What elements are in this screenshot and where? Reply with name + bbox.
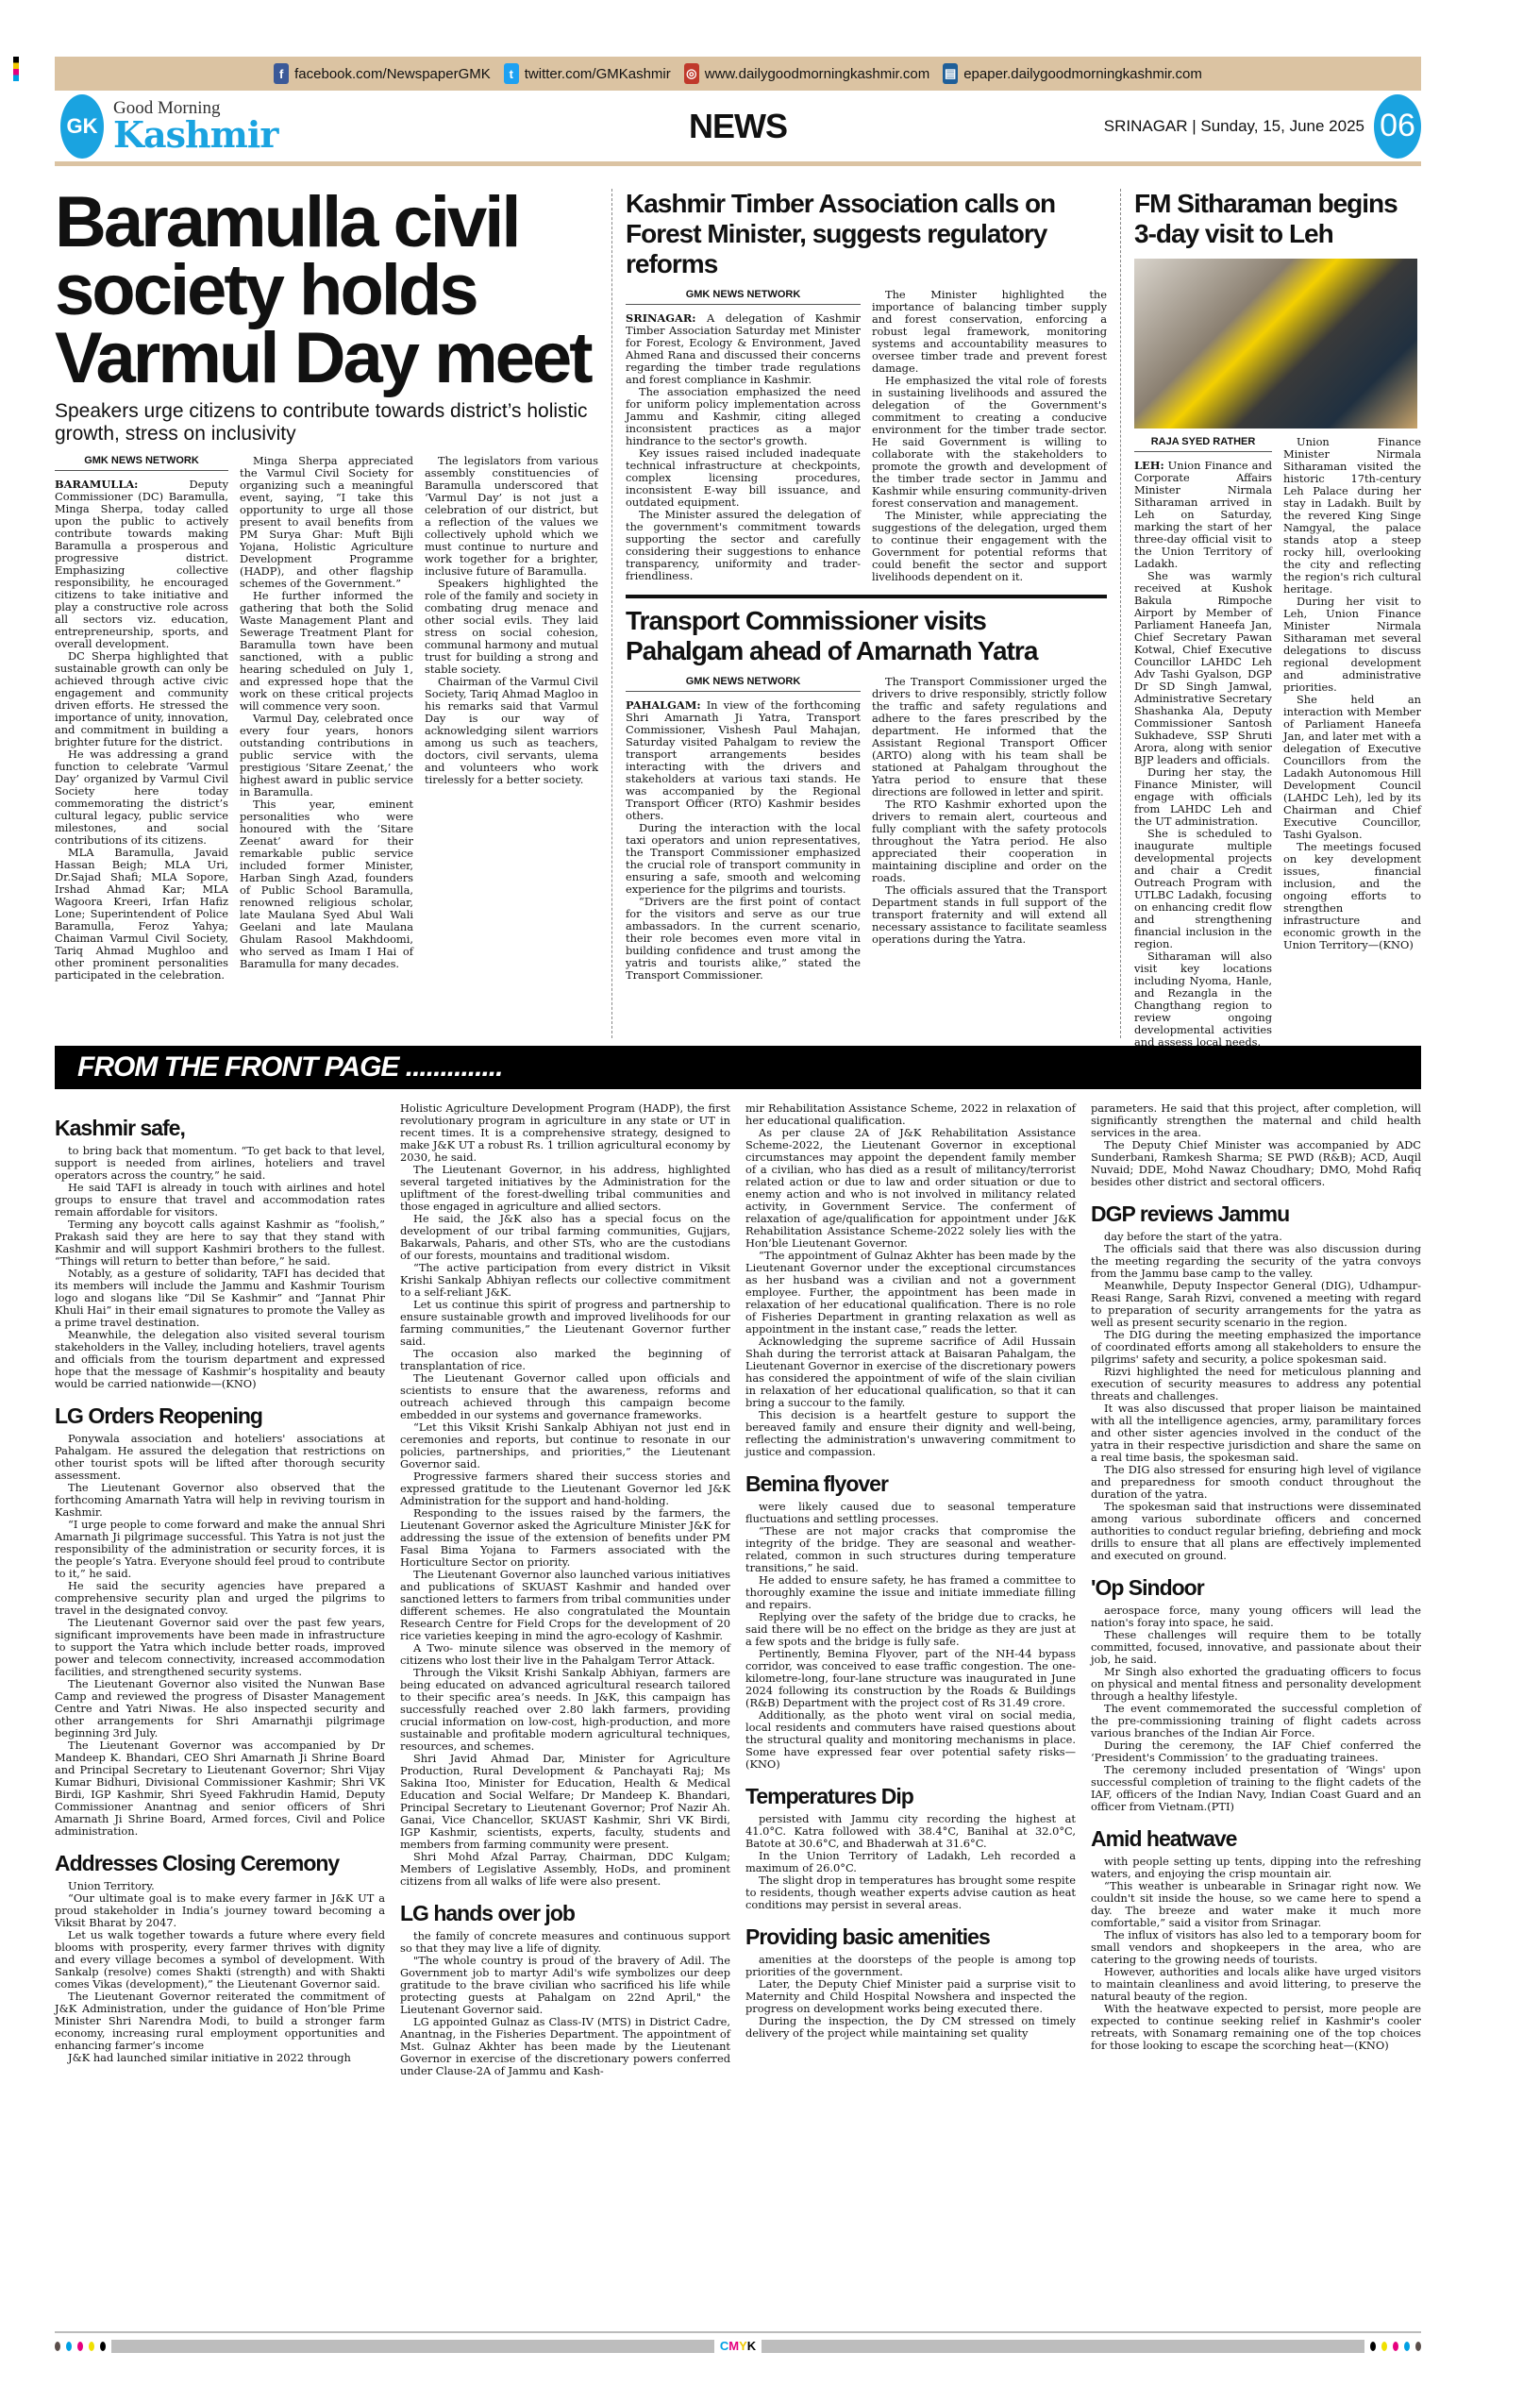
continuation-paragraph: The DIG also stressed for ensuring high … [1091, 1464, 1421, 1501]
transport-headline: Transport Commissioner visits Pahalgam a… [626, 606, 1107, 666]
color-dot-icon [55, 2342, 60, 2351]
color-dot-icon [1370, 2342, 1376, 2351]
cmyk-registration-mark [13, 57, 19, 81]
story-paragraph: She held an interaction with Member of P… [1283, 694, 1421, 841]
continuation-paragraph: During the ceremony, the IAF Chief confe… [1091, 1739, 1421, 1764]
continuation-paragraph: Acknowledging the supreme sacrifice of A… [745, 1336, 1076, 1409]
continuation-headline: Temperatures Dip [745, 1784, 1076, 1809]
continuation-paragraph: The Lieutenant Governor also launched va… [400, 1569, 730, 1642]
continuation-paragraph: “This weather is unbearable in Srinagar … [1091, 1880, 1421, 1929]
continuation-paragraph: amenities at the doorsteps of the people… [745, 1954, 1076, 1978]
continuation-headline: 'Op Sindoor [1091, 1575, 1421, 1601]
continuation-paragraph: Terming any boycott calls against Kashmi… [55, 1218, 385, 1268]
story-text: In view of the forthcoming Shri Amarnath… [626, 698, 861, 822]
page-number: 06 [1374, 94, 1421, 159]
story-text: Deputy Commissioner (DC) Baramulla, Ming… [55, 478, 228, 650]
story-paragraph: She is scheduled to inaugurate multiple … [1134, 828, 1272, 950]
story-paragraph: Minga Sherpa appreciated the Varmul Civi… [240, 455, 413, 590]
story-paragraph: He was addressing a grand function to ce… [55, 748, 228, 847]
lead-deck: Speakers urge citizens to contribute tow… [55, 400, 598, 445]
story-paragraph: The legislators from various assembly co… [425, 455, 598, 578]
story-paragraph: Key issues raised included inadequate te… [626, 447, 861, 509]
continuation-paragraph: Meanwhile, the delegation also visited s… [55, 1329, 385, 1390]
story-paragraph: Varmul Day, celebrated once every four y… [240, 713, 413, 798]
continuation-paragraph: The Lieutenant Governor was accompanied … [55, 1739, 385, 1838]
social-bar: ffacebook.com/NewspaperGMKttwitter.com/G… [55, 57, 1421, 91]
story-text: Union Finance and Corporate Affairs Mini… [1134, 459, 1272, 570]
continuation-paragraph: He added to ensure safety, he has framed… [745, 1574, 1076, 1611]
story-paragraph: Speakers highlighted the role of the fam… [425, 578, 598, 676]
continuation-paragraph: As per clause 2A of J&K Rehabilitation A… [745, 1127, 1076, 1250]
story-paragraph: She was warmly received at Kushok Bakula… [1134, 570, 1272, 766]
gk-logo-icon: GK [60, 94, 104, 159]
social-link[interactable]: ffacebook.com/NewspaperGMK [274, 63, 491, 84]
color-dot-icon [1381, 2342, 1387, 2351]
continuation-paragraph: “These are not major cracks that comprom… [745, 1525, 1076, 1574]
continuation-paragraph: Shri Mohd Afzal Parray, Chairman, DDC Ku… [400, 1851, 730, 1888]
continuation-paragraph: aerospace force, many young officers wil… [1091, 1605, 1421, 1629]
social-link-text: twitter.com/GMKashmir [525, 66, 671, 82]
footer-cmyk-bar: CMYK [55, 2331, 1421, 2353]
continuation-paragraph: He said TAFI is already in touch with ai… [55, 1182, 385, 1218]
social-link[interactable]: ttwitter.com/GMKashmir [504, 63, 671, 84]
fm-headline: FM Sitharaman begins 3-day visit to Leh [1134, 189, 1421, 249]
front-column: Holistic Agriculture Development Program… [400, 1102, 730, 2077]
continuation-paragraph: Let us continue this spirit of progress … [400, 1299, 730, 1348]
continuation-paragraph: The officials said that there was also d… [1091, 1243, 1421, 1280]
story-dateline: BARAMULLA: [55, 478, 138, 491]
continuation-paragraph: The ceremony included presentation of ‘W… [1091, 1764, 1421, 1813]
fm-photo [1134, 259, 1417, 428]
story-paragraph: The officials assured that the Transport… [872, 884, 1107, 946]
story-paragraph: He further informed the gathering that b… [240, 590, 413, 713]
social-link[interactable]: ▤epaper.dailygoodmorningkashmir.com [943, 63, 1202, 84]
continuation-paragraph: The slight drop in temperatures has brou… [745, 1874, 1076, 1911]
story-paragraph: Union Finance Minister Nirmala Sitharama… [1283, 436, 1421, 596]
brand: Good Morning Kashmir [113, 99, 277, 153]
continuation-paragraph: “Let this Viksit Krishi Sankalp Abhiyan … [400, 1421, 730, 1470]
front-page-banner: FROM THE FRONT PAGE .............. [55, 1046, 1421, 1089]
continuation-paragraph: persisted with Jammu city recording the … [745, 1813, 1076, 1850]
continuation-paragraph: to bring back that momentum. “To get bac… [55, 1145, 385, 1182]
story-paragraph: Chairman of the Varmul Civil Society, Ta… [425, 676, 598, 786]
continuation-paragraph: Progressive farmers shared their success… [400, 1470, 730, 1507]
gray-bar [762, 2340, 1364, 2353]
story-paragraph: The Transport Commissioner urged the dri… [872, 676, 1107, 798]
continuation-paragraph: Pertinently, Bemina Flyover, part of the… [745, 1648, 1076, 1709]
front-column: Kashmir safe,to bring back that momentum… [55, 1102, 385, 2077]
social-link[interactable]: ◎www.dailygoodmorningkashmir.com [684, 63, 929, 84]
color-dot-icon [100, 2342, 106, 2351]
story-paragraph: During the interaction with the local ta… [626, 822, 861, 896]
continuation-paragraph: Meanwhile, Deputy Inspector General (DIG… [1091, 1280, 1421, 1329]
continuation-paragraph: The Lieutenant Governor called upon offi… [400, 1372, 730, 1421]
story-paragraph: The RTO Kashmir exhorted upon the driver… [872, 798, 1107, 884]
continuation-paragraph: “I urge people to come forward and make … [55, 1519, 385, 1580]
story-paragraph: The Minister highlighted the importance … [872, 289, 1107, 375]
continuation-paragraph: J&K had launched similar initiative in 2… [55, 2052, 385, 2064]
continuation-headline: LG Orders Reopening [55, 1403, 385, 1429]
continuation-paragraph: "The whole country is proud of the brave… [400, 1955, 730, 2016]
story-paragraph: Sitharaman will also visit key locations… [1134, 950, 1272, 1049]
story-paragraph: He emphasized the vital role of forests … [872, 375, 1107, 510]
color-dot-icon [1393, 2342, 1398, 2351]
gray-bar [111, 2340, 714, 2353]
continuation-paragraph: parameters. He said that this project, a… [1091, 1102, 1421, 1139]
continuation-paragraph: The Lieutenant Governor, in his address,… [400, 1164, 730, 1213]
continuation-paragraph: Replying over the safety of the bridge d… [745, 1611, 1076, 1648]
continuation-paragraph: These challenges will require them to be… [1091, 1629, 1421, 1666]
section-name: NEWS [689, 107, 787, 146]
masthead: GK Good Morning Kashmir NEWS SRINAGAR | … [55, 91, 1421, 166]
continuation-headline: Amid heatwave [1091, 1826, 1421, 1852]
facebook-icon: f [274, 63, 289, 84]
social-link-text: epaper.dailygoodmorningkashmir.com [963, 66, 1202, 82]
continuation-headline: Addresses Closing Ceremony [55, 1851, 385, 1876]
fm-byline: RAJA SYED RATHER [1134, 436, 1272, 452]
continuation-paragraph: The occasion also marked the beginning o… [400, 1348, 730, 1372]
front-page-continuations: Kashmir safe,to bring back that momentum… [55, 1102, 1421, 2077]
story-paragraph: LEH: Union Finance and Corporate Affairs… [1134, 460, 1272, 570]
epaper-icon: ▤ [943, 63, 958, 84]
continuation-paragraph: It was also discussed that proper liaiso… [1091, 1403, 1421, 1464]
top-stories: Baramulla civil society holds Varmul Day… [55, 189, 1421, 1038]
globe-icon: ◎ [684, 63, 699, 84]
fm-story: FM Sitharaman begins 3-day visit to Leh … [1121, 189, 1421, 1038]
continuation-paragraph: In the Union Territory of Ladakh, Leh re… [745, 1850, 1076, 1874]
story-paragraph: During her stay, the Finance Minister, w… [1134, 766, 1272, 828]
continuation-paragraph: “Our ultimate goal is to make every farm… [55, 1892, 385, 1929]
front-column: mir Rehabilitation Assistance Scheme, 20… [745, 1102, 1076, 2077]
color-dot-icon [66, 2342, 72, 2351]
social-link-text: www.dailygoodmorningkashmir.com [705, 66, 929, 82]
story-paragraph: PAHALGAM: In view of the forthcoming Shr… [626, 699, 861, 822]
middle-stories: Kashmir Timber Association calls on Fore… [611, 189, 1121, 1038]
color-dot-icon [1404, 2342, 1410, 2351]
continuation-paragraph: Through the Viksit Krishi Sankalp Abhiya… [400, 1667, 730, 1753]
story-dateline: LEH: [1134, 459, 1164, 472]
continuation-headline: Providing basic amenities [745, 1924, 1076, 1950]
twitter-icon: t [504, 63, 519, 84]
continuation-paragraph: the family of concrete measures and cont… [400, 1930, 730, 1955]
continuation-paragraph: “The active participation from every dis… [400, 1262, 730, 1299]
lead-story: Baramulla civil society holds Varmul Day… [55, 189, 611, 1038]
continuation-paragraph: The Lieutenant Governor reiterated the c… [55, 1991, 385, 2052]
continuation-paragraph: A Two- minute silence was observed in th… [400, 1642, 730, 1667]
brand-name: Kashmir [113, 117, 277, 153]
lead-byline: GMK NEWS NETWORK [55, 455, 228, 471]
story-paragraph: DC Sherpa highlighted that sustainable g… [55, 650, 228, 748]
story-paragraph: This year, eminent personalities who wer… [240, 798, 413, 970]
story-paragraph: MLA Baramulla, Javaid Hassan Beigh; MLA … [55, 847, 228, 982]
continuation-paragraph: with people setting up tents, dipping in… [1091, 1856, 1421, 1880]
story-dateline: SRINAGAR: [626, 311, 696, 325]
continuation-paragraph: This decision is a heartfelt gesture to … [745, 1409, 1076, 1458]
continuation-paragraph: Responding to the issues raised by the f… [400, 1507, 730, 1569]
continuation-paragraph: The Lieutenant Governor also visited the… [55, 1678, 385, 1739]
continuation-paragraph: Later, the Deputy Chief Minister paid a … [745, 1978, 1076, 2015]
timber-story: Kashmir Timber Association calls on Fore… [626, 189, 1107, 583]
continuation-paragraph: However, authorities and locals alike ha… [1091, 1966, 1421, 2003]
continuation-paragraph: The event commemorated the successful co… [1091, 1703, 1421, 1739]
continuation-paragraph: He said the security agencies have prepa… [55, 1580, 385, 1617]
continuation-paragraph: The Lieutenant Governor said over the pa… [55, 1617, 385, 1678]
continuation-paragraph: LG appointed Gulnaz as Class-IV (MTS) in… [400, 2016, 730, 2077]
story-dateline: PAHALGAM: [626, 698, 701, 712]
continuation-paragraph: With the heatwave expected to persist, m… [1091, 2003, 1421, 2052]
continuation-paragraph: Ponywala association and hoteliers' asso… [55, 1433, 385, 1482]
story-paragraph: The meetings focused on key development … [1283, 841, 1421, 951]
continuation-paragraph: The spokesman said that instructions wer… [1091, 1501, 1421, 1562]
continuation-paragraph: were likely caused due to seasonal tempe… [745, 1501, 1076, 1525]
story-paragraph: During her visit to Leh, Union Finance M… [1283, 596, 1421, 694]
continuation-paragraph: The Deputy Chief Minister was accompanie… [1091, 1139, 1421, 1188]
cmyk-label: CMYK [720, 2339, 756, 2353]
continuation-paragraph: The influx of visitors has also led to a… [1091, 1929, 1421, 1966]
continuation-paragraph: The Lieutenant Governor also observed th… [55, 1482, 385, 1519]
transport-story: Transport Commissioner visits Pahalgam a… [626, 606, 1107, 982]
color-dot-icon [77, 2342, 83, 2351]
continuation-paragraph: Rizvi highlighted the need for meticulou… [1091, 1366, 1421, 1403]
social-link-text: facebook.com/NewspaperGMK [294, 66, 491, 82]
divider [626, 595, 1107, 598]
continuation-paragraph: mir Rehabilitation Assistance Scheme, 20… [745, 1102, 1076, 1127]
continuation-paragraph: Additionally, as the photo went viral on… [745, 1709, 1076, 1771]
continuation-paragraph: Notably, as a gesture of solidarity, TAF… [55, 1268, 385, 1329]
continuation-paragraph: “The appointment of Gulnaz Akhter has be… [745, 1250, 1076, 1336]
front-column: parameters. He said that this project, a… [1091, 1102, 1421, 2077]
continuation-paragraph: The DIG during the meeting emphasized th… [1091, 1329, 1421, 1366]
newspaper-page: ffacebook.com/NewspaperGMKttwitter.com/G… [55, 57, 1421, 2077]
lead-headline: Baramulla civil society holds Varmul Day… [55, 189, 598, 393]
continuation-headline: Kashmir safe, [55, 1116, 385, 1141]
continuation-paragraph: During the inspection, the Dy CM stresse… [745, 2015, 1076, 2040]
continuation-headline: Bemina flyover [745, 1471, 1076, 1497]
continuation-paragraph: He said, the J&K also has a special focu… [400, 1213, 730, 1262]
continuation-paragraph: Holistic Agriculture Development Program… [400, 1102, 730, 1164]
transport-byline: GMK NEWS NETWORK [626, 676, 861, 692]
color-dot-icon [89, 2342, 94, 2351]
continuation-headline: LG hands over job [400, 1901, 730, 1926]
story-paragraph: The Minister assured the delegation of t… [626, 509, 861, 582]
color-dot-icon [1415, 2342, 1421, 2351]
story-paragraph: The Minister, while appreciating the sug… [872, 510, 1107, 583]
story-paragraph: BARAMULLA: Deputy Commissioner (DC) Bara… [55, 479, 228, 650]
story-paragraph: SRINAGAR: A delegation of Kashmir Timber… [626, 312, 861, 386]
dateline: SRINAGAR | Sunday, 15, June 2025 [1104, 117, 1364, 136]
timber-byline: GMK NEWS NETWORK [626, 289, 861, 305]
story-paragraph: “Drivers are the first point of contact … [626, 896, 861, 982]
continuation-paragraph: Let us walk together towards a future wh… [55, 1929, 385, 1991]
continuation-paragraph: Shri Javid Ahmad Dar, Minister for Agric… [400, 1753, 730, 1851]
continuation-paragraph: Mr Singh also exhorted the graduating of… [1091, 1666, 1421, 1703]
timber-headline: Kashmir Timber Association calls on Fore… [626, 189, 1107, 279]
story-paragraph: The association emphasized the need for … [626, 386, 861, 447]
continuation-headline: DGP reviews Jammu [1091, 1201, 1421, 1227]
